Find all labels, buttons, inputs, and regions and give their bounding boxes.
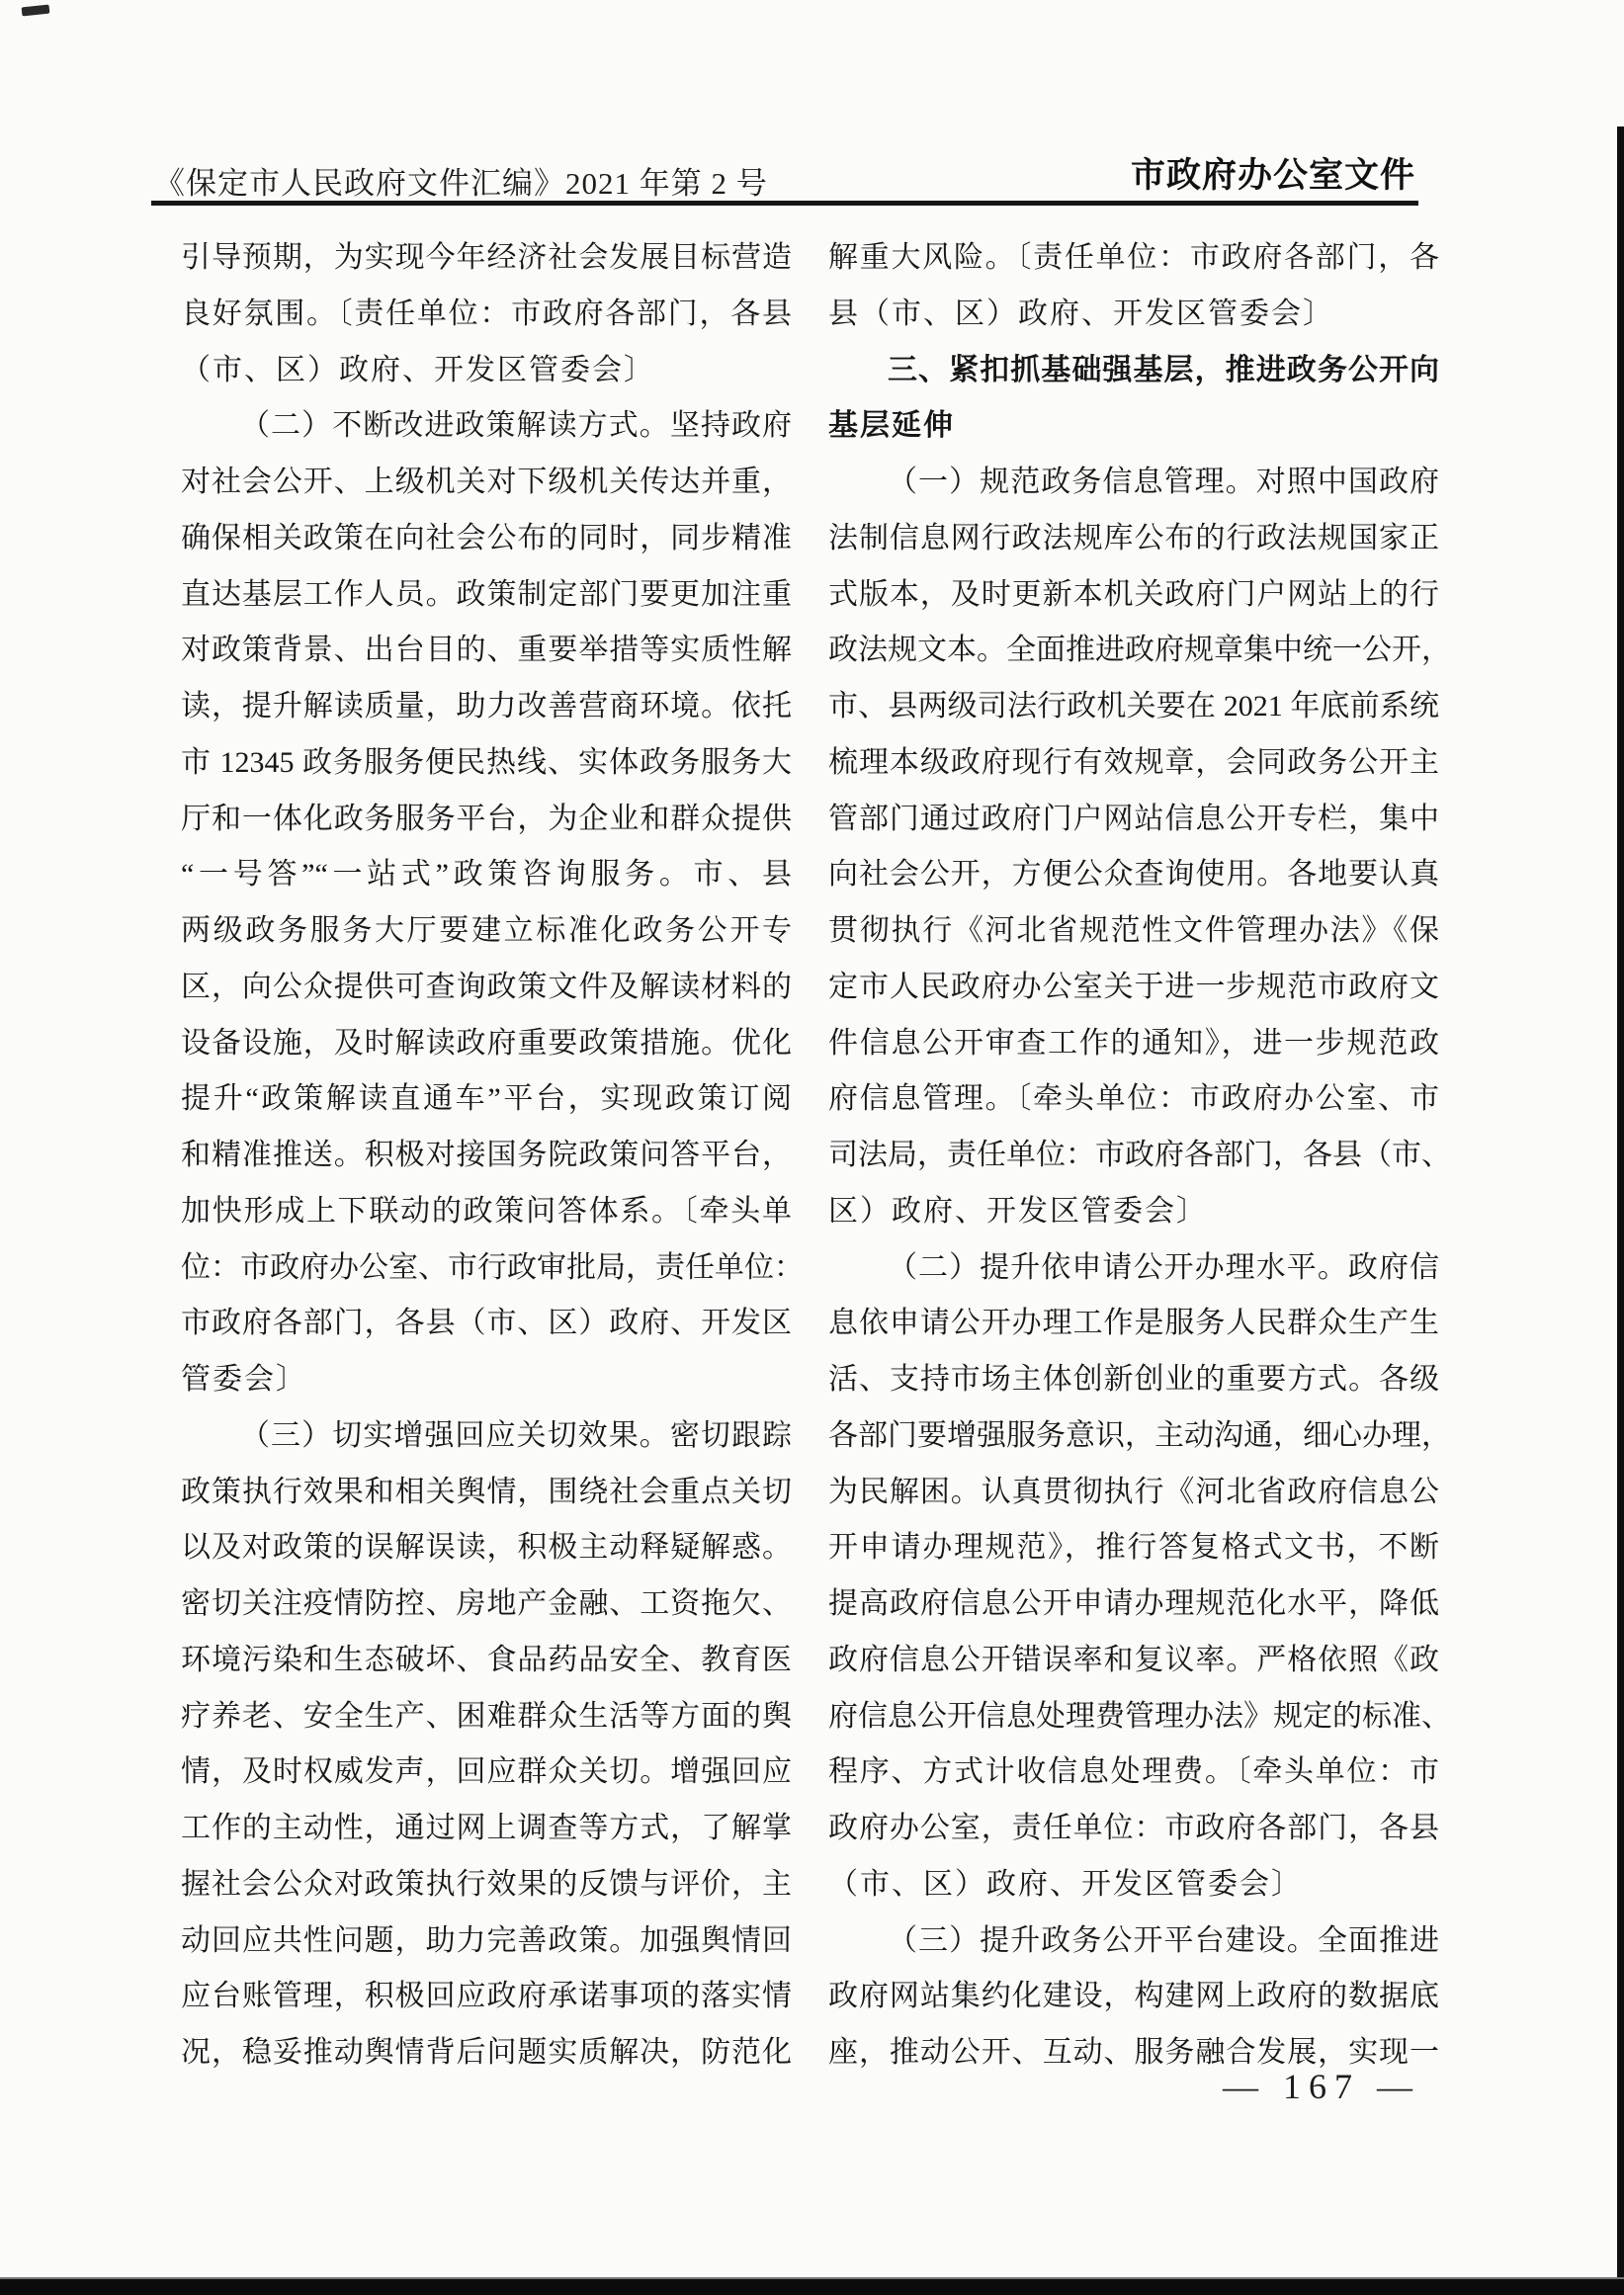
text-line: 密切关注疫情防控、房地产金融、工资拖欠、 — [181, 1576, 792, 1633]
text-line: （三）切实增强回应关切效果。密切跟踪 — [181, 1408, 792, 1465]
text-line: 向社会公开，方便公众查询使用。各地要认真 — [828, 847, 1439, 903]
text-line: 提升“政策解读直通车”平台，实现政策订阅 — [181, 1071, 792, 1128]
left-column: 引导预期，为实现今年经济社会发展目标营造良好氛围。〔责任单位：市政府各部门，各县… — [181, 230, 792, 2082]
text-line: （二）提升依申请公开办理水平。政府信 — [828, 1240, 1439, 1297]
text-line: 和精准推送。积极对接国务院政策问答平台， — [181, 1128, 792, 1184]
text-line: 解重大风险。〔责任单位：市政府各部门，各 — [828, 230, 1439, 287]
text-line: 设备设施，及时解读政府重要政策措施。优化 — [181, 1016, 792, 1072]
text-line: 政府信息公开错误率和复议率。严格依照《政 — [828, 1633, 1439, 1689]
text-line: （二）不断改进政策解读方式。坚持政府 — [181, 398, 792, 455]
scan-speck — [22, 5, 50, 17]
text-line: 厅和一体化政务服务平台，为企业和群众提供 — [181, 792, 792, 848]
text-line: 政府网站集约化建设，构建网上政府的数据底 — [828, 1969, 1439, 2025]
text-line: 政法规文本。全面推进政府规章集中统一公开， — [828, 623, 1439, 679]
text-line: （三）提升政务公开平台建设。全面推进 — [828, 1913, 1439, 1970]
text-line: （市、区）政府、开发区管委会〕 — [828, 1857, 1439, 1913]
text-line: 读，提升解读质量，助力改善营商环境。依托 — [181, 679, 792, 735]
text-line: 提高政府信息公开申请办理规范化水平，降低 — [828, 1576, 1439, 1633]
text-line: 以及对政策的误解误读，积极主动释疑解惑。 — [181, 1520, 792, 1576]
text-line: 市、县两级司法行政机关要在 2021 年底前系统 — [828, 679, 1439, 735]
text-line: 引导预期，为实现今年经济社会发展目标营造 — [181, 230, 792, 287]
text-line: 各部门要增强服务意识，主动沟通，细心办理， — [828, 1408, 1439, 1465]
text-line: 动回应共性问题，助力完善政策。加强舆情回 — [181, 1913, 792, 1970]
text-line: 两级政务服务大厅要建立标准化政务公开专 — [181, 903, 792, 960]
text-line: 县（市、区）政府、开发区管委会〕 — [828, 287, 1439, 343]
right-column: 解重大风险。〔责任单位：市政府各部门，各县（市、区）政府、开发区管委会〕三、紧扣… — [828, 230, 1439, 2082]
text-line: 定市人民政府办公室关于进一步规范市政府文 — [828, 960, 1439, 1016]
text-line: 应台账管理，积极回应政府承诺事项的落实情 — [181, 1969, 792, 2025]
text-line: 市 12345 政务服务便民热线、实体政务服务大 — [181, 735, 792, 792]
text-line: 况，稳妥推动舆情背后问题实质解决，防范化 — [181, 2025, 792, 2082]
document-page: 《保定市人民政府文件汇编》2021 年第 2 号 市政府办公室文件 引导预期，为… — [0, 0, 1624, 2295]
text-line: 加快形成上下联动的政策问答体系。〔牵头单 — [181, 1184, 792, 1240]
text-line: 管部门通过政府门户网站信息公开专栏，集中 — [828, 792, 1439, 848]
text-line: 程序、方式计收信息处理费。〔牵头单位：市 — [828, 1744, 1439, 1801]
text-line: 为民解困。认真贯彻执行《河北省政府信息公 — [828, 1465, 1439, 1521]
text-line: 贯彻执行《河北省规范性文件管理办法》《保 — [828, 903, 1439, 960]
text-line: 良好氛围。〔责任单位：市政府各部门，各县 — [181, 287, 792, 343]
text-line: 区，向公众提供可查询政策文件及解读材料的 — [181, 960, 792, 1016]
header-rule — [151, 201, 1418, 206]
text-line: 息依申请公开办理工作是服务人民群众生产生 — [828, 1296, 1439, 1352]
header-left-title: 《保定市人民政府文件汇编》2021 年第 2 号 — [154, 158, 768, 203]
text-line: 管委会〕 — [181, 1352, 792, 1408]
text-line: 府信息管理。〔牵头单位：市政府办公室、市 — [828, 1071, 1439, 1128]
scan-edge-right — [1617, 127, 1624, 2295]
text-line: 握社会公众对政策执行效果的反馈与评价，主 — [181, 1857, 792, 1913]
text-line: 区）政府、开发区管委会〕 — [828, 1184, 1439, 1240]
text-line: 对政策背景、出台目的、重要举措等实质性解 — [181, 623, 792, 679]
scan-edge-bottom — [0, 2277, 1624, 2295]
text-line: 司法局，责任单位：市政府各部门，各县（市、 — [828, 1128, 1439, 1184]
text-line: 基层延伸 — [828, 398, 1439, 455]
text-line: 件信息公开审查工作的通知》，进一步规范政 — [828, 1016, 1439, 1072]
text-line: “一号答”“一站式”政策咨询服务。市、县 — [181, 847, 792, 903]
text-line: 政策执行效果和相关舆情，围绕社会重点关切 — [181, 1465, 792, 1521]
text-line: 位：市政府办公室、市行政审批局，责任单位： — [181, 1240, 792, 1297]
text-line: 直达基层工作人员。政策制定部门要更加注重 — [181, 567, 792, 624]
text-line: 式版本，及时更新本机关政府门户网站上的行 — [828, 567, 1439, 624]
text-line: 三、紧扣抓基础强基层，推进政务公开向 — [828, 343, 1439, 399]
text-line: 情，及时权威发声，回应群众关切。增强回应 — [181, 1744, 792, 1801]
text-line: 对社会公开、上级机关对下级机关传达并重， — [181, 455, 792, 511]
text-line: 活、支持市场主体创新创业的重要方式。各级 — [828, 1352, 1439, 1408]
text-line: 梳理本级政府现行有效规章，会同政务公开主 — [828, 735, 1439, 792]
text-line: 环境污染和生态破坏、食品药品安全、教育医 — [181, 1633, 792, 1689]
text-line: 政府办公室，责任单位：市政府各部门，各县 — [828, 1801, 1439, 1857]
header-right-title: 市政府办公室文件 — [1131, 148, 1415, 198]
text-line: 开申请办理规范》，推行答复格式文书，不断 — [828, 1520, 1439, 1576]
text-line: （市、区）政府、开发区管委会〕 — [181, 343, 792, 399]
text-line: 疗养老、安全生产、困难群众生活等方面的舆 — [181, 1689, 792, 1745]
page-number: — 167 — — [1223, 2066, 1420, 2107]
text-line: 府信息公开信息处理费管理办法》规定的标准、 — [828, 1689, 1439, 1745]
text-line: 确保相关政策在向社会公布的同时，同步精准 — [181, 511, 792, 567]
text-line: （一）规范政务信息管理。对照中国政府 — [828, 455, 1439, 511]
text-line: 市政府各部门，各县（市、区）政府、开发区 — [181, 1296, 792, 1352]
text-line: 工作的主动性，通过网上调查等方式，了解掌 — [181, 1801, 792, 1857]
text-line: 法制信息网行政法规库公布的行政法规国家正 — [828, 511, 1439, 567]
